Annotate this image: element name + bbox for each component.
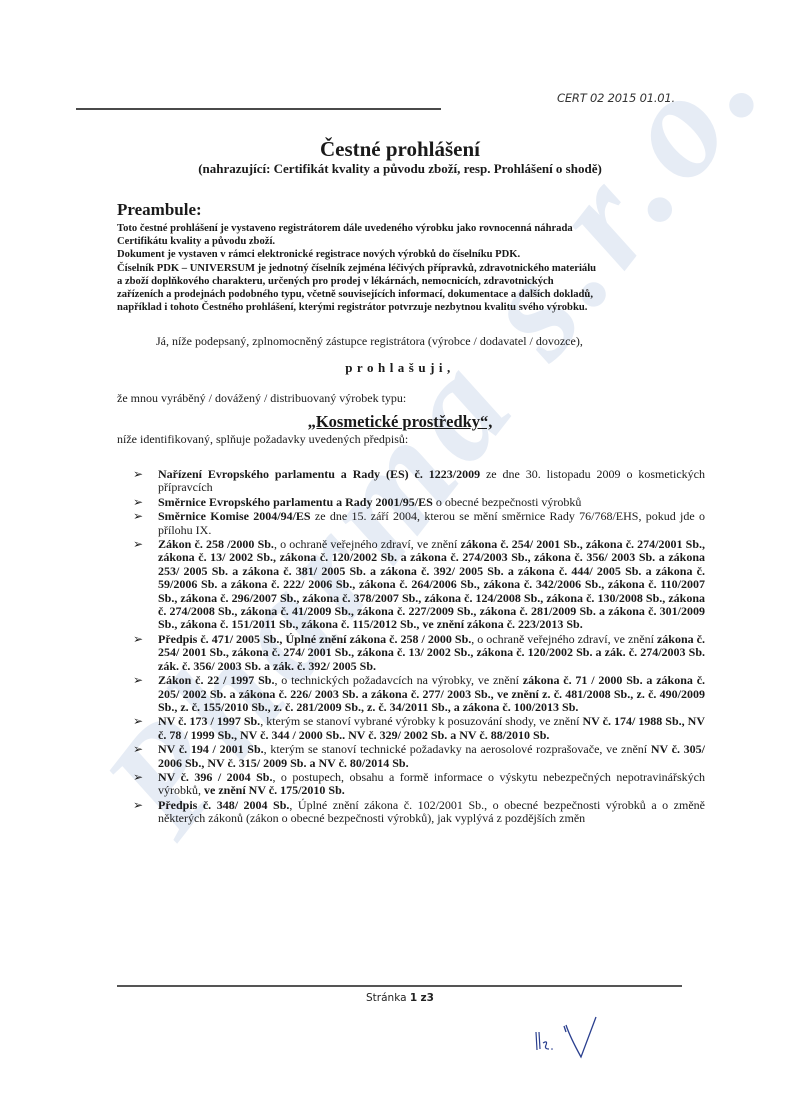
regulation-title: NV č. 173 / 1997 Sb. (158, 714, 260, 728)
preamble-line: Certifikátu kvality a původu zboží. (117, 235, 707, 248)
regulation-item: ➢Nařízení Evropského parlamentu a Rady (… (133, 468, 705, 495)
regulation-item: ➢Směrnice Komise 2004/94/ES ze dne 15. z… (133, 510, 705, 537)
regulation-item: ➢Směrnice Evropského parlamentu a Rady 2… (133, 496, 705, 509)
regulation-description: , o ochraně veřejného zdraví, ve znění (471, 632, 657, 646)
regulation-description: , o technických požadavcích na výrobky, … (274, 673, 522, 687)
arrow-bullet-icon: ➢ (133, 771, 143, 784)
regulation-title: Zákon č. 258 /2000 Sb. (158, 537, 274, 551)
page-total: 3 (427, 992, 434, 1004)
arrow-bullet-icon: ➢ (133, 468, 143, 481)
document-subtitle: (nahrazující: Certifikát kvality a původ… (0, 161, 800, 177)
preamble-line: Číselník PDK – UNIVERSUM je jednotný čís… (117, 262, 707, 275)
preamble-line: například i tohoto Čestného prohlášení, … (117, 301, 707, 314)
product-type: „Kosmetické prostředky“, (0, 412, 800, 432)
regulation-amendments: zákona č. 254/ 2001 Sb., zákona č. 274/2… (158, 537, 705, 631)
arrow-bullet-icon: ➢ (133, 496, 143, 509)
footer-rule (117, 985, 682, 987)
arrow-bullet-icon: ➢ (133, 633, 143, 646)
regulation-description: , kterým se stanoví vybrané výrobky k po… (260, 714, 582, 728)
page-label: Stránka (366, 992, 407, 1004)
preamble-heading: Preambule: (117, 200, 202, 220)
regulation-description: o obecné bezpečnosti výrobků (433, 495, 582, 509)
regulations-list: ➢Nařízení Evropského parlamentu a Rady (… (133, 468, 705, 827)
regulation-item: ➢Zákon č. 22 / 1997 Sb., o technických p… (133, 674, 705, 714)
regulation-title: NV č. 396 / 2004 Sb. (158, 770, 272, 784)
regulation-title: Směrnice Evropského parlamentu a Rady 20… (158, 495, 433, 509)
header-rule (76, 108, 441, 110)
signature (530, 1005, 630, 1065)
regulation-description: , o ochraně veřejného zdraví, ve znění (274, 537, 461, 551)
regulation-amendments: ve znění NV č. 175/2010 Sb. (204, 783, 345, 797)
regulation-item: ➢Předpis č. 348/ 2004 Sb., Úplné znění z… (133, 799, 705, 826)
regulation-title: Předpis č. 471/ 2005 Sb., Úplné znění zá… (158, 632, 471, 646)
preamble-line: a zboží doplňkového charakteru, určených… (117, 275, 707, 288)
regulation-item: ➢Předpis č. 471/ 2005 Sb., Úplné znění z… (133, 633, 705, 673)
regulation-item: ➢NV č. 396 / 2004 Sb., o postupech, obsa… (133, 771, 705, 798)
regulation-title: NV č. 194 / 2001 Sb. (158, 742, 264, 756)
regulation-item: ➢NV č. 194 / 2001 Sb., kterým se stanoví… (133, 743, 705, 770)
document-page: CERT 02 2015 01.01. Čestné prohlášení (n… (0, 0, 800, 1100)
regulation-title: Zákon č. 22 / 1997 Sb. (158, 673, 274, 687)
preamble-body: Toto čestné prohlášení je vystaveno regi… (117, 222, 707, 314)
regulation-title: Nařízení Evropského parlamentu a Rady (E… (158, 467, 480, 481)
regulation-item: ➢NV č. 173 / 1997 Sb., kterým se stanoví… (133, 715, 705, 742)
document-code: CERT 02 2015 01.01. (557, 91, 675, 105)
preamble-line: zařízeních a prodejnách podobného typu, … (117, 288, 707, 301)
intro-text: Já, níže podepsaný, zplnomocněný zástupc… (156, 334, 583, 349)
arrow-bullet-icon: ➢ (133, 674, 143, 687)
regulation-title: Směrnice Komise 2004/94/ES (158, 509, 311, 523)
preamble-line: Toto čestné prohlášení je vystaveno regi… (117, 222, 707, 235)
regulation-title: Předpis č. 348/ 2004 Sb. (158, 798, 289, 812)
arrow-bullet-icon: ➢ (133, 799, 143, 812)
preamble-line: Dokument je vystaven v rámci elektronick… (117, 248, 707, 261)
page-number: Stránka 1 z3 (0, 992, 800, 1004)
arrow-bullet-icon: ➢ (133, 538, 143, 551)
page-current: 1 (410, 992, 417, 1004)
document-title: Čestné prohlášení (0, 137, 800, 162)
arrow-bullet-icon: ➢ (133, 715, 143, 728)
arrow-bullet-icon: ➢ (133, 510, 143, 523)
declaration-heading: prohlašuji, (0, 360, 800, 376)
product-intro: že mnou vyráběný / dovážený / distribuov… (117, 391, 406, 406)
regulation-description: , kterým se stanoví technické požadavky … (264, 742, 651, 756)
arrow-bullet-icon: ➢ (133, 743, 143, 756)
regulation-item: ➢Zákon č. 258 /2000 Sb., o ochraně veřej… (133, 538, 705, 632)
requirements-intro: níže identifikovaný, splňuje požadavky u… (117, 432, 408, 447)
